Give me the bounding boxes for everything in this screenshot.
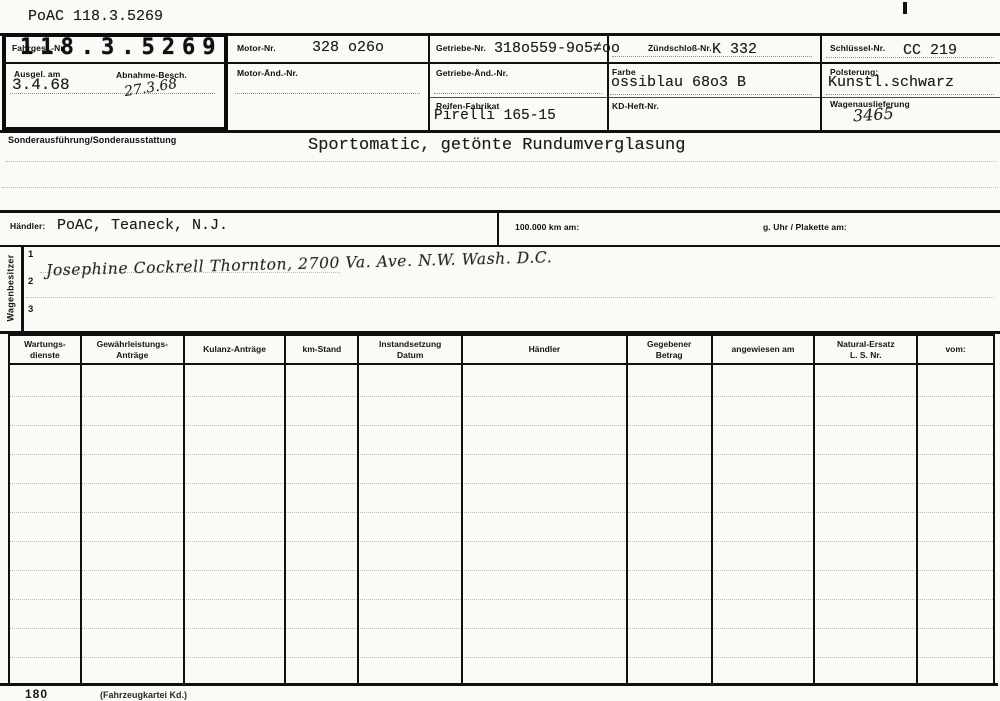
form-caption: (Fahrzeugkartei Kd.) — [100, 690, 187, 700]
column-header: km-Stand — [286, 336, 359, 363]
dealer-row-border — [0, 245, 1000, 247]
page-number: 180 — [25, 687, 48, 701]
ruled-line — [8, 657, 995, 658]
chassis-number-stamp: 118.3.5269 — [20, 35, 222, 60]
table-column — [713, 365, 816, 683]
ruled-line — [10, 93, 215, 94]
upholstery-value: Kunstl.schwarz — [828, 74, 954, 91]
table-column — [815, 365, 918, 683]
ruled-line — [8, 541, 995, 542]
ruled-line — [826, 94, 994, 95]
table-column — [10, 365, 82, 683]
table-column — [918, 365, 995, 683]
chassis-box-divider — [4, 62, 226, 64]
table-column — [628, 365, 713, 683]
service-table-body — [8, 365, 995, 683]
column-header: Wartungs- dienste — [10, 336, 82, 363]
column-header: Händler — [463, 336, 628, 363]
dealer-value: PoAC, Teaneck, N.J. — [57, 217, 228, 234]
tire-brand-value: Pirelli 165-15 — [434, 108, 556, 124]
owner-row-number: 1 — [28, 249, 33, 260]
ruled-line — [434, 93, 602, 94]
ruled-line — [2, 187, 998, 188]
engine-number-value: 328 o26o — [312, 39, 384, 56]
form-row2-divider — [430, 97, 1000, 98]
column-header: Natural-Ersatz L. S. Nr. — [815, 336, 918, 363]
dealer-row-divider — [497, 210, 499, 245]
dealer-label: Händler: — [10, 221, 45, 231]
ruled-line — [6, 161, 996, 162]
special-equipment-label: Sonderausführung/Sonderausstattung — [8, 135, 176, 145]
ruled-line — [40, 272, 340, 273]
ruled-line — [8, 599, 995, 600]
issued-date-value: 3.4.68 — [12, 76, 70, 94]
km100-label: 100.000 km am: — [515, 222, 579, 232]
color-value: ossiblau 68o3 B — [611, 74, 746, 91]
ruled-line — [8, 454, 995, 455]
form-row1-divider — [228, 62, 1000, 64]
column-header: Gegebener Betrag — [628, 336, 713, 363]
special-equipment-value: Sportomatic, getönte Rundumverglasung — [308, 136, 685, 155]
ruled-line — [612, 56, 812, 57]
registration-mark — [903, 2, 907, 14]
band-divider — [0, 210, 1000, 213]
ruled-line — [8, 425, 995, 426]
gearbox-number-value: 318o559-9o5≠oo — [494, 40, 620, 57]
ruled-line — [610, 94, 812, 95]
owner-entry: Josephine Cockrell Thornton, 2700 Va. Av… — [46, 248, 553, 279]
key-number-label: Schlüssel-Nr. — [830, 43, 885, 53]
column-header: angewiesen am — [713, 336, 816, 363]
gearbox-mod-number-label: Getriebe-Änd.-Nr. — [436, 68, 508, 78]
column-header: vom: — [918, 336, 995, 363]
owner-side-label: Wagenbesitzer — [0, 245, 22, 331]
owner-strip-border — [21, 245, 24, 331]
owner-row-number: 3 — [28, 304, 33, 315]
ignition-lock-label: Zündschloß-Nr. — [648, 43, 712, 53]
engine-mod-number-label: Motor-Änd.-Nr. — [237, 68, 298, 78]
table-column — [286, 365, 359, 683]
typed-reference: PoAC 118.3.5269 — [28, 8, 163, 25]
ruled-line — [8, 512, 995, 513]
table-column — [359, 365, 463, 683]
ruled-line — [26, 297, 994, 298]
column-header: Kulanz-Anträge — [185, 336, 287, 363]
table-column — [185, 365, 287, 683]
form-vline-1 — [428, 33, 430, 132]
table-column — [82, 365, 185, 683]
ruled-line — [8, 396, 995, 397]
vehicle-record-card: PoAC 118.3.5269 Fahrgest.-Nr. 118.3.5269… — [0, 0, 1000, 701]
gearbox-number-label: Getriebe-Nr. — [436, 43, 486, 53]
ruled-line — [826, 57, 994, 58]
ruled-line — [8, 570, 995, 571]
ruled-line — [8, 483, 995, 484]
service-table-header: Wartungs- dienste Gewährleistungs- Anträ… — [8, 334, 995, 365]
engine-number-label: Motor-Nr. — [237, 43, 276, 53]
delivery-value: 3465 — [852, 104, 894, 126]
table-bottom-border — [0, 683, 998, 686]
table-column — [463, 365, 628, 683]
form-vline-3 — [820, 33, 822, 132]
service-booklet-label: KD-Heft-Nr. — [612, 101, 659, 111]
clock-badge-label: g. Uhr / Plakette am: — [763, 222, 847, 232]
column-header: Instandsetzung Datum — [359, 336, 463, 363]
owner-row-number: 2 — [28, 276, 33, 287]
column-header: Gewährleistungs- Anträge — [82, 336, 185, 363]
ruled-line — [235, 93, 420, 94]
owner-side-label-text: Wagenbesitzer — [6, 254, 16, 321]
ruled-line — [8, 628, 995, 629]
